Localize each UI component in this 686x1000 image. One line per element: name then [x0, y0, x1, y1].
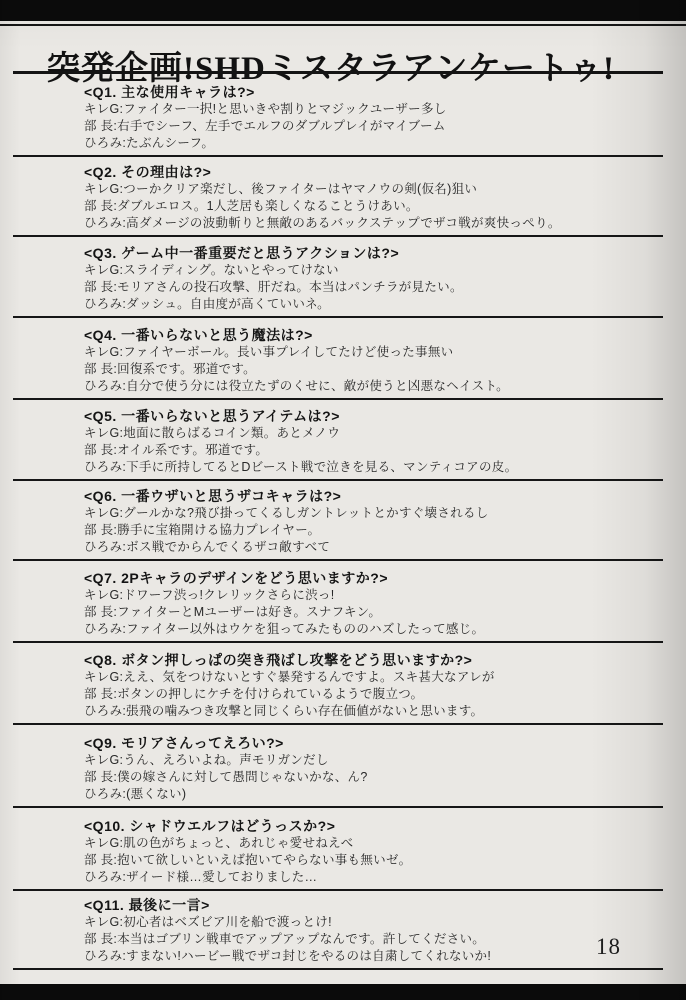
qa-section-q1: <Q1. 主な使用キャラは?> キレG:ファイター一択!と思いきや割りとマジック…: [84, 84, 662, 157]
question-heading: <Q3. ゲーム中一番重要だと思うアクションは?>: [84, 245, 662, 262]
scan-border-top: [0, 0, 686, 21]
question-heading: <Q10. シャドウエルフはどうっスか?>: [84, 818, 662, 835]
answer-line: キレG:初心者はベズビア川を船で渡っとけ!: [84, 914, 662, 931]
answer-line: 部 長:モリアさんの投石攻撃、肝だね。本当はパンチラが見たい。: [84, 279, 662, 296]
question-heading: <Q4. 一番いらないと思う魔法は?>: [84, 327, 662, 344]
answer-line: ひろみ:下手に所持してるとDビースト戦で泣きを見る、マンティコアの皮。: [84, 459, 662, 476]
page-number: 18: [596, 934, 621, 960]
answer-line: キレG:ドワーフ渋っ!クレリックさらに渋っ!: [84, 587, 662, 604]
section-divider: [13, 155, 663, 157]
qa-section-q11: <Q11. 最後に一言> キレG:初心者はベズビア川を船で渡っとけ! 部 長:本…: [84, 897, 662, 970]
qa-section-q8: <Q8. ボタン押しっぱの突き飛ばし攻撃をどう思いますか?> キレG:ええ、気を…: [84, 652, 662, 725]
qa-section-q9: <Q9. モリアさんってえろい?> キレG:うん、えろいよね。声モリガンだし 部…: [84, 735, 662, 808]
answer-line: ひろみ:ザイード様…愛しておりました…: [84, 869, 662, 886]
answer-line: キレG:ファイター一択!と思いきや割りとマジックユーザー多し: [84, 101, 662, 118]
section-divider: [13, 398, 663, 400]
title-divider: [13, 71, 663, 74]
answer-line: 部 長:ファイターとMユーザーは好き。スナフキン。: [84, 604, 662, 621]
answer-line: 部 長:オイル系です。邪道です。: [84, 442, 662, 459]
section-divider: [13, 723, 663, 725]
section-divider: [13, 316, 663, 318]
question-heading: <Q2. その理由は?>: [84, 164, 662, 181]
answer-line: 部 長:僕の嫁さんに対して愚問じゃないかな、ん?: [84, 769, 662, 786]
answer-line: 部 長:回復系です。邪道です。: [84, 361, 662, 378]
page-edge-line: [0, 24, 686, 26]
answer-line: ひろみ:自分で使う分には役立たずのくせに、敵が使うと凶悪なヘイスト。: [84, 378, 662, 395]
question-heading: <Q8. ボタン押しっぱの突き飛ばし攻撃をどう思いますか?>: [84, 652, 662, 669]
answer-line: 部 長:抱いて欲しいといえば抱いてやらない事も無いゼ。: [84, 852, 662, 869]
answer-line: ひろみ:ファイター以外はウケを狙ってみたもののハズしたって感じ。: [84, 621, 662, 638]
answer-line: 部 長:ボタンの押しにケチを付けられているようで腹立つ。: [84, 686, 662, 703]
section-divider: [13, 235, 663, 237]
answer-line: ひろみ:(悪くない): [84, 786, 662, 803]
answer-line: キレG:ええ、気をつけないとすぐ暴発するんですよ。スキ甚大なアレが: [84, 669, 662, 686]
section-divider: [13, 806, 663, 808]
section-divider: [13, 889, 663, 891]
qa-section-q4: <Q4. 一番いらないと思う魔法は?> キレG:ファイヤーボール。長い事プレイし…: [84, 327, 662, 400]
answer-line: 部 長:勝手に宝箱開ける協力プレイヤー。: [84, 522, 662, 539]
answer-line: キレG:スライディング。ないとやってけない: [84, 262, 662, 279]
question-heading: <Q5. 一番いらないと思うアイテムは?>: [84, 408, 662, 425]
question-heading: <Q7. 2Pキャラのデザインをどう思いますか?>: [84, 570, 662, 587]
answer-line: 部 長:右手でシーフ、左手でエルフのダブルプレイがマイブーム: [84, 118, 662, 135]
question-heading: <Q6. 一番ウザいと思うザコキャラは?>: [84, 488, 662, 505]
qa-section-q10: <Q10. シャドウエルフはどうっスか?> キレG:肌の色がちょっと、あれじゃ愛…: [84, 818, 662, 891]
answer-line: ひろみ:ボス戦でからんでくるザコ敵すべて: [84, 539, 662, 556]
section-divider: [13, 559, 663, 561]
qa-section-q5: <Q5. 一番いらないと思うアイテムは?> キレG:地面に散らばるコイン類。あと…: [84, 408, 662, 481]
question-heading: <Q11. 最後に一言>: [84, 897, 662, 914]
answer-line: キレG:うん、えろいよね。声モリガンだし: [84, 752, 662, 769]
answer-line: ひろみ:張飛の噛みつき攻撃と同じくらい存在価値がないと思います。: [84, 703, 662, 720]
section-divider: [13, 968, 663, 970]
qa-section-q7: <Q7. 2Pキャラのデザインをどう思いますか?> キレG:ドワーフ渋っ!クレリ…: [84, 570, 662, 643]
answer-line: キレG:つーかクリア楽だし、後ファイターはヤマノウの剣(仮名)狙い: [84, 181, 662, 198]
scan-border-bottom: [0, 984, 686, 1000]
answer-line: キレG:地面に散らばるコイン類。あとメノウ: [84, 425, 662, 442]
qa-section-q2: <Q2. その理由は?> キレG:つーかクリア楽だし、後ファイターはヤマノウの剣…: [84, 164, 662, 237]
scanned-page: { "colors": { "paper": "#eae8e4", "ink":…: [0, 0, 686, 1000]
answer-line: 部 長:本当はゴブリン戦車でアップアップなんです。許してください。: [84, 931, 662, 948]
section-divider: [13, 479, 663, 481]
qa-section-q3: <Q3. ゲーム中一番重要だと思うアクションは?> キレG:スライディング。ない…: [84, 245, 662, 318]
answer-line: ひろみ:ダッシュ。自由度が高くていいネ。: [84, 296, 662, 313]
section-divider: [13, 641, 663, 643]
answer-line: ひろみ:高ダメージの波動斬りと無敵のあるバックステップでザコ戦が爽快っぺり。: [84, 215, 662, 232]
answer-line: キレG:グールかな?飛び掛ってくるしガントレットとかすぐ壊されるし: [84, 505, 662, 522]
qa-section-q6: <Q6. 一番ウザいと思うザコキャラは?> キレG:グールかな?飛び掛ってくるし…: [84, 488, 662, 561]
question-heading: <Q9. モリアさんってえろい?>: [84, 735, 662, 752]
answer-line: キレG:肌の色がちょっと、あれじゃ愛せねえべ: [84, 835, 662, 852]
answer-line: ひろみ:すまない!ハービー戦でザコ封じをやるのは自粛してくれないか!: [84, 948, 662, 965]
question-heading: <Q1. 主な使用キャラは?>: [84, 84, 662, 101]
answer-line: ひろみ:たぶんシーフ。: [84, 135, 662, 152]
answer-line: キレG:ファイヤーボール。長い事プレイしてたけど使った事無い: [84, 344, 662, 361]
answer-line: 部 長:ダブルエロス。1人芝居も楽しくなることうけあい。: [84, 198, 662, 215]
